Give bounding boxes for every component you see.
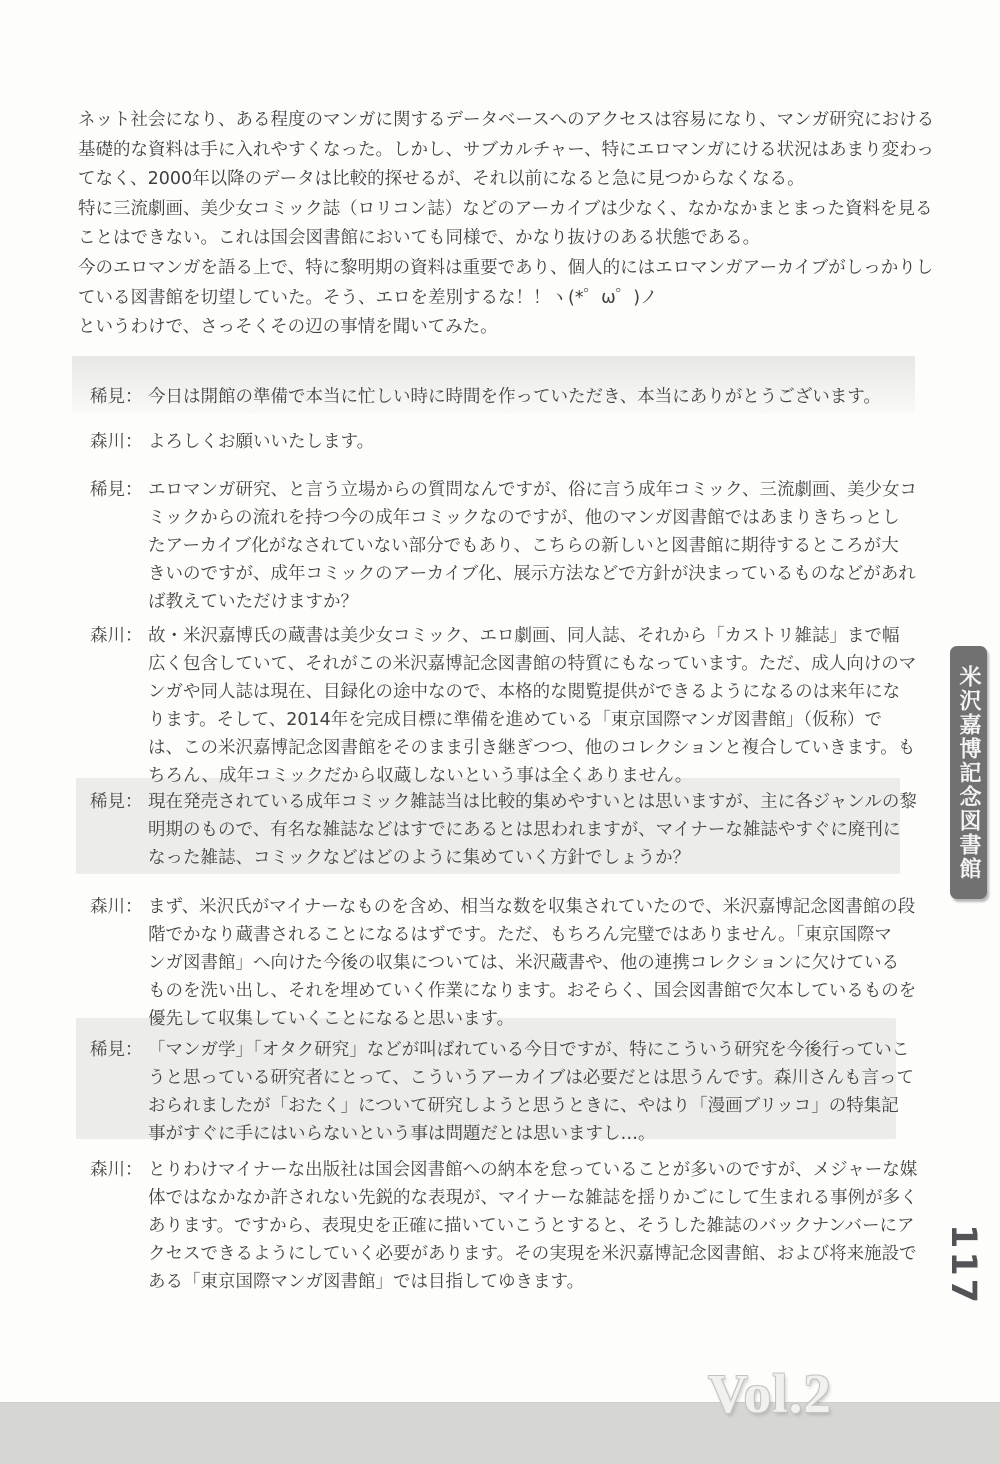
intro-paragraph: ネット社会になり、ある程度のマンガに関するデータベースへのアクセスは容易になり、…: [78, 106, 923, 313]
dialogue-line: 明期のもので、有名な雑誌などはすでにあるとは思われますが、マイナーな雑誌やすぐに…: [148, 816, 912, 844]
dialogue-line: 階でかなり蔵書されることになるはずです。ただ、もちろん完璧ではありません。「東京…: [148, 921, 912, 949]
dialogue-line: ンガや同人誌は現在、目録化の途中なので、本格的な閲覧提供ができるようになるのは来…: [148, 678, 912, 706]
dialogue-line: なった雑誌、コミックなどはどのように集めていく方針でしょうか？: [148, 844, 912, 872]
scanned-page: ネット社会になり、ある程度のマンガに関するデータベースへのアクセスは容易になり、…: [0, 0, 1000, 1464]
dialogue-line: 体ではなかなか許されない先鋭的な表現が、マイナーな雑誌を揺りかごにして生まれる事…: [148, 1184, 912, 1212]
intro-line: てなく、2000年以降のデータは比較的探せるが、それ以前になると急に見つからなく…: [78, 165, 923, 195]
intro-line: ことはできない。これは国会図書館においても同様で、かなり抜けのある状態である。: [78, 224, 923, 254]
dialogue-line: うと思っている研究者にとって、こういうアーカイブは必要だとは思うんです。森川さん…: [148, 1064, 912, 1092]
speaker-label: 稀見：: [90, 383, 143, 411]
dialogue-line: ンガ図書館」へ向けた今後の収集については、米沢蔵書や、他の連携コレクションに欠け…: [148, 949, 912, 977]
speaker-label: 森川：: [90, 428, 143, 456]
dialogue-line: たアーカイブ化がなされていない部分でもあり、こちらの新しいと図書館に期待するとこ…: [148, 532, 912, 560]
intro-line: 基礎的な資料は手に入れやすくなった。しかし、サブカルチャー、特にエロマンガにける…: [78, 136, 923, 166]
dialogue-line: ミックからの流れを持つ今の成年コミックなのですが、他のマンガ図書館ではあまりきち…: [148, 504, 912, 532]
chapter-tab-label: 米沢嘉博記念図書館: [953, 665, 984, 881]
dialogue-line: クセスできるようにしていく必要があります。その実現を米沢嘉博記念図書館、および将…: [148, 1240, 912, 1268]
dialogue-line: 事がすぐに手にはいらないという事は問題だとは思いますし…。: [148, 1120, 912, 1148]
dialogue-line: 故・米沢嘉博氏の蔵書は美少女コミック、エロ劇画、同人誌、それから「カストリ雑誌」…: [148, 622, 912, 650]
speaker-label: 稀見：: [90, 476, 143, 504]
dialogue-line: 「マンガ学」「オタク研究」などが叫ばれている今日ですが、特にこういう研究を今後行…: [148, 1036, 912, 1064]
dialogue-line: 今日は開館の準備で本当に忙しい時に時間を作っていただき、本当にありがとうございま…: [148, 383, 912, 411]
volume-label: Vol.2: [630, 1362, 910, 1425]
dialogue-line: まず、米沢氏がマイナーなものを含め、相当な数を収集されていたので、米沢嘉博記念図…: [148, 893, 912, 921]
lead-sentence: というわけで、さっそくその辺の事情を聞いてみた。: [78, 313, 498, 338]
dialogue-line: おられましたが「おたく」について研究しようと思うときに、やはり「漫画ブリッコ」の…: [148, 1092, 912, 1120]
dialogue-line: エロマンガ研究、と言う立場からの質問なんですが、俗に言う成年コミック、三流劇画、…: [148, 476, 912, 504]
intro-line: ネット社会になり、ある程度のマンガに関するデータベースへのアクセスは容易になり、…: [78, 106, 923, 136]
dialogue-line: きいのですが、成年コミックのアーカイブ化、展示方法などで方針が決まっているものな…: [148, 560, 912, 588]
speaker-label: 稀見：: [90, 1036, 143, 1064]
chapter-tab: 米沢嘉博記念図書館: [950, 646, 987, 899]
dialogue-line: 広く包含していて、それがこの米沢嘉博記念図書館の特質にもなっています。ただ、成人…: [148, 650, 912, 678]
page-number: 117: [926, 1228, 1000, 1302]
dialogue-line: あります。ですから、表現史を正確に描いていこうとすると、そうした雑誌のバックナン…: [148, 1212, 912, 1240]
speaker-label: 稀見：: [90, 788, 143, 816]
dialogue-line: とりわけマイナーな出版社は国会図書館への納本を怠っていることが多いのですが、メジ…: [148, 1156, 912, 1184]
intro-line: 特に三流劇画、美少女コミック誌（ロリコン誌）などのアーカイブは少なく、なかなかま…: [78, 195, 923, 225]
dialogue-line: ちろん、成年コミックだから収蔵しないという事は全くありません。: [148, 762, 912, 790]
dialogue-line: 現在発売されている成年コミック雑誌当は比較的集めやすいとは思いますが、主に各ジャ…: [148, 788, 912, 816]
dialogue-line: ものを洗い出し、それを埋めていく作業になります。おそらく、国会図書館で欠本してい…: [148, 977, 912, 1005]
dialogue-line: 優先して収集していくことになると思います。: [148, 1005, 912, 1033]
dialogue-block: 森川： とりわけマイナーな出版社は国会図書館への納本を怠っていることが多いのです…: [90, 1156, 912, 1296]
speaker-label: 森川：: [90, 1156, 143, 1184]
dialogue-block: 森川： まず、米沢氏がマイナーなものを含め、相当な数を収集されていたので、米沢嘉…: [90, 893, 912, 1033]
dialogue-block: 稀見： 今日は開館の準備で本当に忙しい時に時間を作っていただき、本当にありがとう…: [90, 383, 912, 411]
dialogue-line: は、この米沢嘉博記念図書館をそのまま引き継ぎつつ、他のコレクションと複合していき…: [148, 734, 912, 762]
speaker-label: 森川：: [90, 893, 143, 921]
dialogue-block: 森川： 故・米沢嘉博氏の蔵書は美少女コミック、エロ劇画、同人誌、それから「カスト…: [90, 622, 912, 790]
dialogue-block: 稀見： 「マンガ学」「オタク研究」などが叫ばれている今日ですが、特にこういう研究…: [90, 1036, 912, 1148]
speaker-label: 森川：: [90, 622, 143, 650]
dialogue-block: 稀見： エロマンガ研究、と言う立場からの質問なんですが、俗に言う成年コミック、三…: [90, 476, 912, 616]
dialogue-line: ある「東京国際マンガ図書館」では目指してゆきます。: [148, 1268, 912, 1296]
dialogue-line: ります。そして、2014年を完成目標に準備を進めている「東京国際マンガ図書館」（…: [148, 706, 912, 734]
dialogue-block: 稀見： 現在発売されている成年コミック雑誌当は比較的集めやすいとは思いますが、主…: [90, 788, 912, 872]
intro-line: ている図書館を切望していた。そう、エロを差別するな！！ヽ(*゜ω゜)ノ: [78, 284, 923, 314]
intro-line: 今のエロマンガを語る上で、特に黎明期の資料は重要であり、個人的にはエロマンガアー…: [78, 254, 923, 284]
dialogue-line: ば教えていただけますか？: [148, 588, 912, 616]
dialogue-block: 森川： よろしくお願いいたします。: [90, 428, 912, 456]
dialogue-line: よろしくお願いいたします。: [148, 428, 912, 456]
